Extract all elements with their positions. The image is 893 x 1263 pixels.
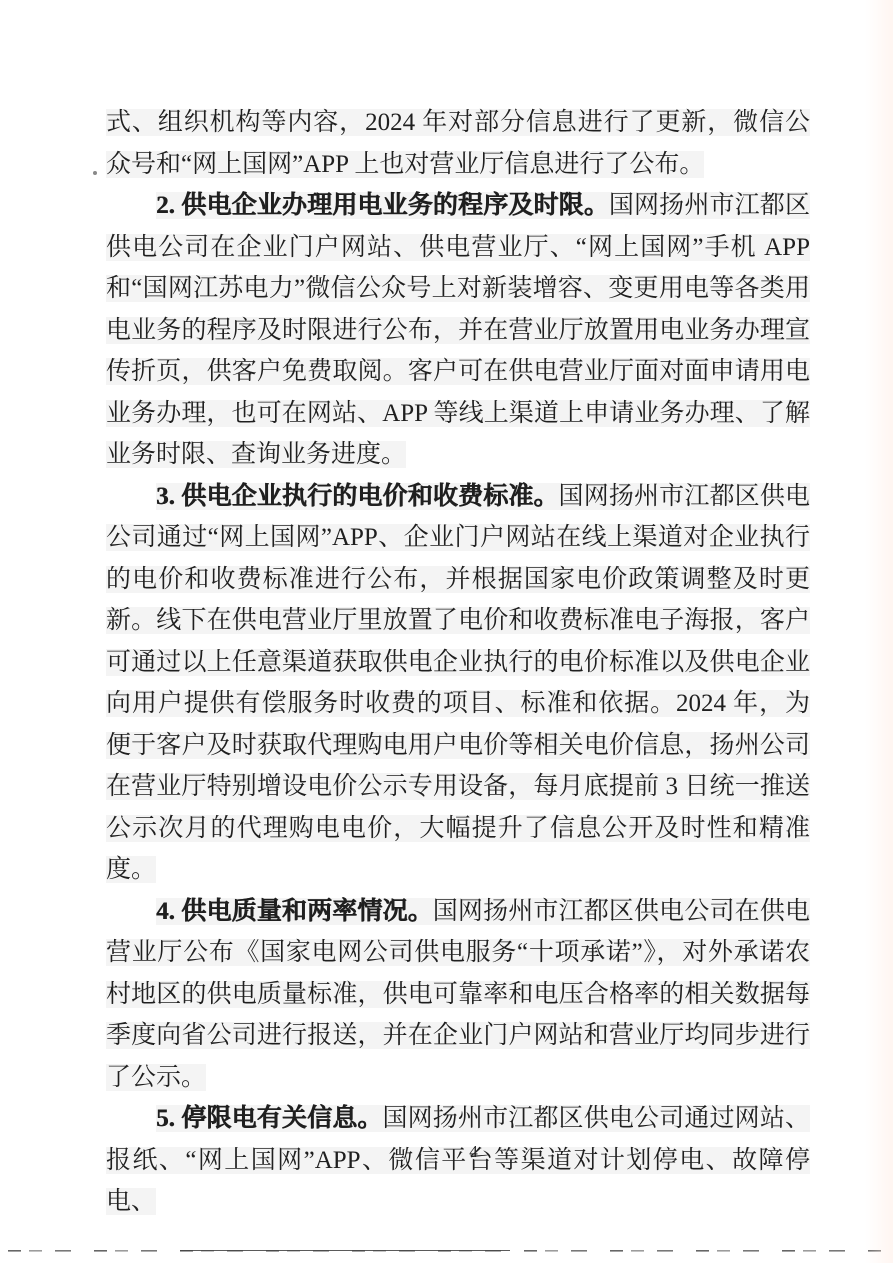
section-5-heading: 5. 停限电有关信息。: [156, 1105, 382, 1132]
scanned-document-page: 式、组织机构等内容，2024 年对部分信息进行了更新，微信公众号和“网上国网”A…: [0, 0, 893, 1263]
section-2-heading: 2. 供电企业办理用电业务的程序及时限。: [156, 192, 609, 219]
paragraph-continuation: 式、组织机构等内容，2024 年对部分信息进行了更新，微信公众号和“网上国网”A…: [106, 102, 810, 185]
scan-edge-artifact: [8, 1249, 887, 1252]
page-number: 4: [27, 1142, 893, 1162]
paragraph-text: 国网扬州市江都区供电公司通过“网上国网”APP、企业门户网站在线上渠道对企业执行…: [106, 483, 810, 884]
section-4-heading: 4. 供电质量和两率情况。: [156, 898, 433, 925]
paragraph-text: 国网扬州市江都区供电公司在企业门户网站、供电营业厅、“网上国网”手机 APP 和…: [106, 192, 810, 468]
section-3-heading: 3. 供电企业执行的电价和收费标准。: [156, 483, 559, 510]
paragraph-section-4: 4. 供电质量和两率情况。国网扬州市江都区供电公司在供电营业厅公布《国家电网公司…: [106, 891, 810, 1099]
scan-dot-artifact: [93, 171, 97, 175]
document-body-text: 式、组织机构等内容，2024 年对部分信息进行了更新，微信公众号和“网上国网”A…: [106, 102, 810, 1223]
paragraph-section-3: 3. 供电企业执行的电价和收费标准。国网扬州市江都区供电公司通过“网上国网”AP…: [106, 476, 810, 891]
paragraph-text: 国网扬州市江都区供电公司在供电营业厅公布《国家电网公司供电服务“十项承诺”》，对…: [106, 898, 810, 1091]
paragraph-section-2: 2. 供电企业办理用电业务的程序及时限。国网扬州市江都区供电公司在企业门户网站、…: [106, 185, 810, 476]
paragraph-text: 式、组织机构等内容，2024 年对部分信息进行了更新，微信公众号和“网上国网”A…: [106, 109, 810, 178]
